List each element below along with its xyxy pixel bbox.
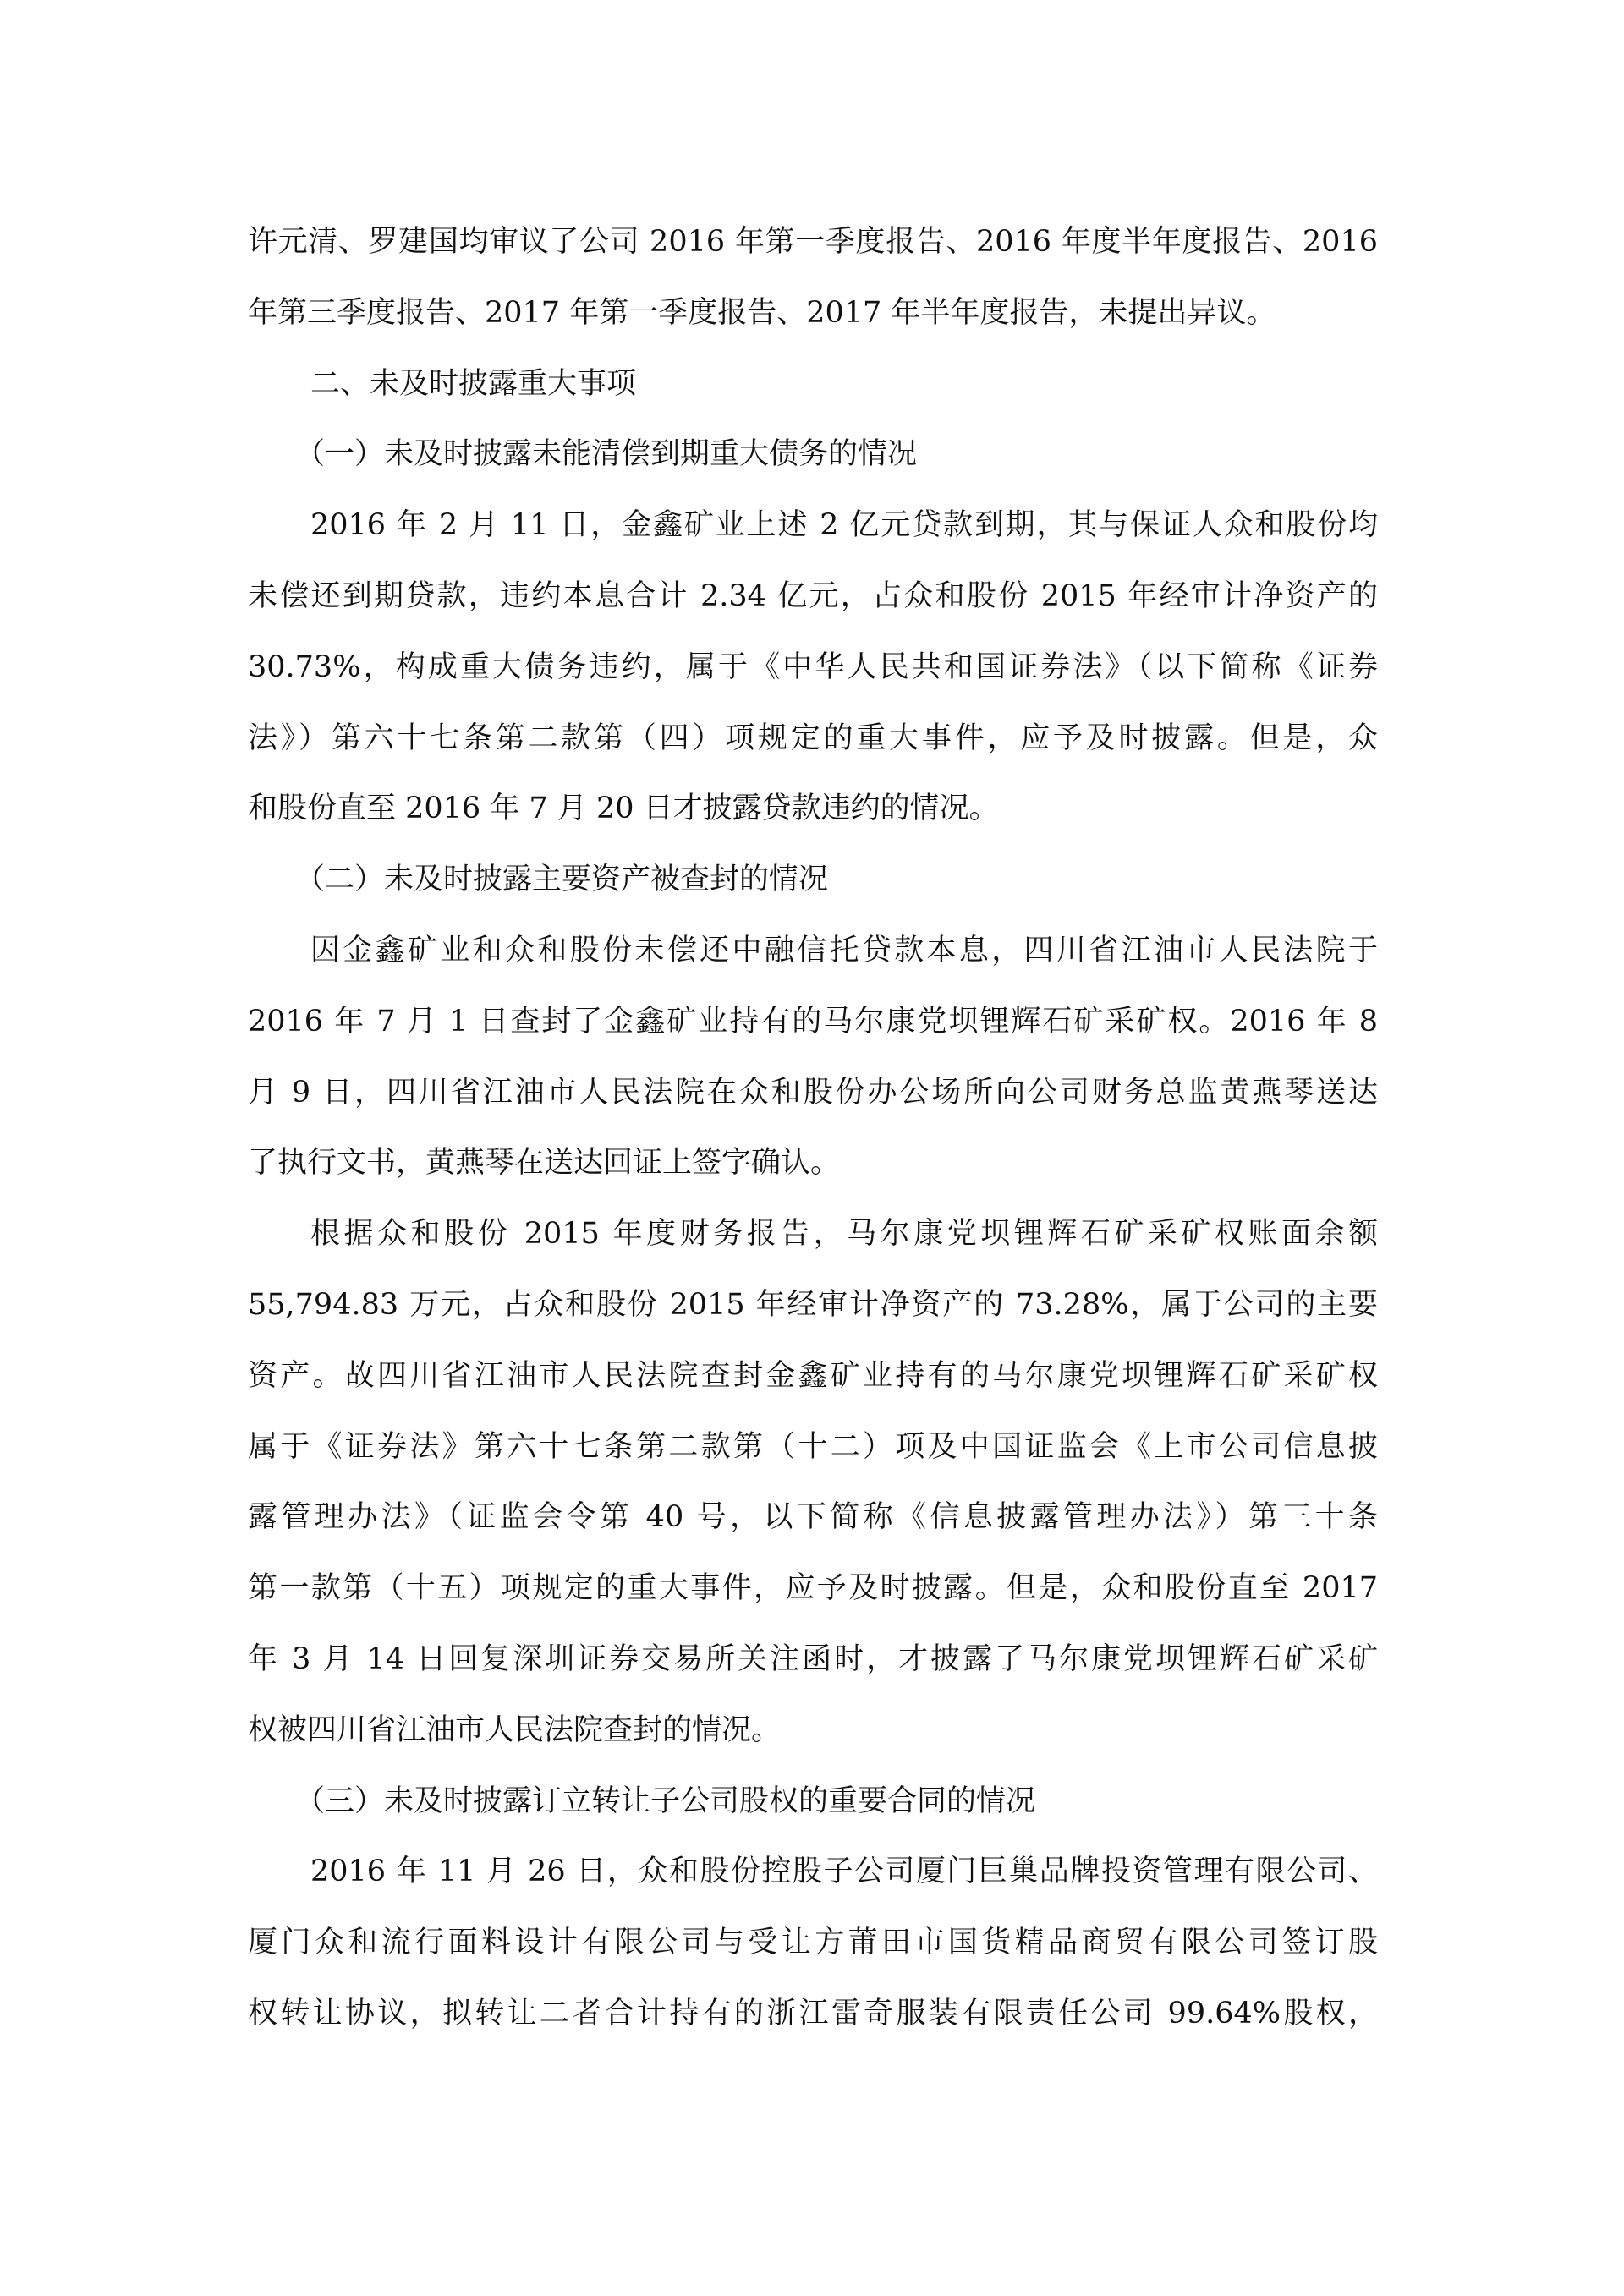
text-line: 第一款第（十五）项规定的重大事件，应予及时披露。但是，众和股份直至 2017 <box>248 1553 1378 1625</box>
sub-heading-debt-default: （一）未及时披露未能清偿到期重大债务的情况 <box>248 419 1378 490</box>
section-heading: 二、未及时披露重大事项 <box>248 349 1378 420</box>
text-line: 2016 年 2 月 11 日，金鑫矿业上述 2 亿元贷款到期，其与保证人众和股… <box>248 490 1378 562</box>
text-line: 根据众和股份 2015 年度财务报告，马尔康党坝锂辉石矿采矿权账面余额 <box>248 1199 1378 1270</box>
text-line: 露管理办法》（证监会令第 40 号，以下简称《信息披露管理办法》）第三十条 <box>248 1482 1378 1553</box>
text-line: 厦门众和流行面料设计有限公司与受让方莆田市国货精品商贸有限公司签订股 <box>248 1908 1378 1979</box>
text-line: 了执行文书，黄燕琴在送达回证上签字确认。 <box>248 1128 1378 1199</box>
text-line: 年第三季度报告、2017 年第一季度报告、2017 年半年度报告，未提出异议。 <box>248 278 1378 349</box>
text-line: 未偿还到期贷款，违约本息合计 2.34 亿元，占众和股份 2015 年经审计净资… <box>248 562 1378 633</box>
text-line: 资产。故四川省江油市人民法院查封金鑫矿业持有的马尔康党坝锂辉石矿采矿权 <box>248 1341 1378 1412</box>
text-line: 2016 年 11 月 26 日，众和股份控股子公司厦门巨巢品牌投资管理有限公司… <box>248 1837 1378 1908</box>
text-line: 权转让协议，拟转让二者合计持有的浙江雷奇服装有限责任公司 99.64%股权， <box>248 1979 1378 2050</box>
text-line: 许元清、罗建国均审议了公司 2016 年第一季度报告、2016 年度半年度报告、… <box>248 207 1378 278</box>
text-line: 和股份直至 2016 年 7 月 20 日才披露贷款违约的情况。 <box>248 774 1378 845</box>
text-line: 月 9 日，四川省江油市人民法院在众和股份办公场所向公司财务总监黄燕琴送达 <box>248 1058 1378 1129</box>
text-line: 30.73%，构成重大债务违约，属于《中华人民共和国证券法》（以下简称《证券 <box>248 633 1378 704</box>
text-line: 法》）第六十七条第二款第（四）项规定的重大事件，应予及时披露。但是，众 <box>248 704 1378 775</box>
text-line: 属于《证券法》第六十七条第二款第（十二）项及中国证监会《上市公司信息披 <box>248 1412 1378 1483</box>
text-line: 因金鑫矿业和众和股份未偿还中融信托贷款本息，四川省江油市人民法院于 <box>248 916 1378 987</box>
paragraph-asset-seizure: 因金鑫矿业和众和股份未偿还中融信托贷款本息，四川省江油市人民法院于 2016 年… <box>248 916 1378 1199</box>
text-line: 年 3 月 14 日回复深圳证券交易所关注函时，才披露了马尔康党坝锂辉石矿采矿 <box>248 1625 1378 1696</box>
document-page: 许元清、罗建国均审议了公司 2016 年第一季度报告、2016 年度半年度报告、… <box>248 207 1378 2050</box>
paragraph-debt-default: 2016 年 2 月 11 日，金鑫矿业上述 2 亿元贷款到期，其与保证人众和股… <box>248 490 1378 845</box>
paragraph-equity-transfer: 2016 年 11 月 26 日，众和股份控股子公司厦门巨巢品牌投资管理有限公司… <box>248 1837 1378 2049</box>
text-line: 55,794.83 万元，占众和股份 2015 年经审计净资产的 73.28%，… <box>248 1270 1378 1341</box>
paragraph-continuation: 许元清、罗建国均审议了公司 2016 年第一季度报告、2016 年度半年度报告、… <box>248 207 1378 349</box>
text-line: 2016 年 7 月 1 日查封了金鑫矿业持有的马尔康党坝锂辉石矿采矿权。201… <box>248 987 1378 1058</box>
text-line: 权被四川省江油市人民法院查封的情况。 <box>248 1696 1378 1767</box>
sub-heading-equity-transfer: （三）未及时披露订立转让子公司股权的重要合同的情况 <box>248 1767 1378 1838</box>
sub-heading-asset-seizure: （二）未及时披露主要资产被查封的情况 <box>248 845 1378 916</box>
paragraph-financial-report: 根据众和股份 2015 年度财务报告，马尔康党坝锂辉石矿采矿权账面余额 55,7… <box>248 1199 1378 1766</box>
